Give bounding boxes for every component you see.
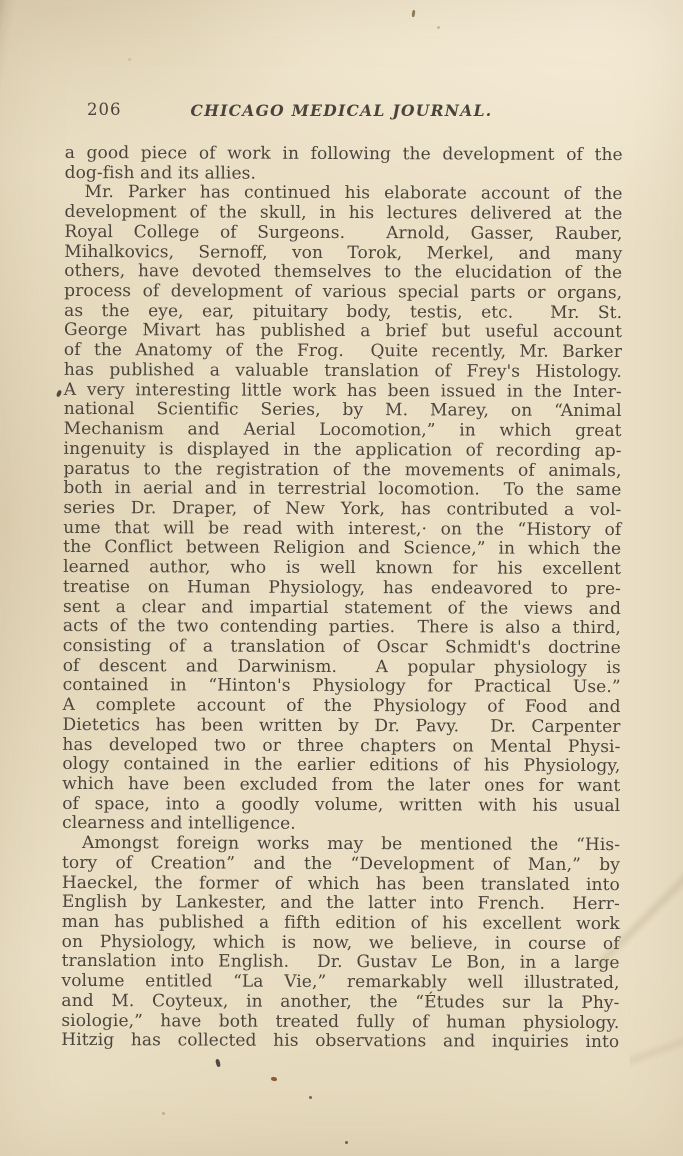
text-line: Hitzig has collected his observations an… xyxy=(61,1031,619,1053)
paper-crease xyxy=(598,858,683,983)
ink-speck xyxy=(162,1112,165,1115)
ink-speck xyxy=(271,1077,278,1082)
scanned-journal-page: 206 CHICAGO MEDICAL JOURNAL. a good piec… xyxy=(0,0,683,1156)
text-block: a good piece of work in following the de… xyxy=(61,144,622,1053)
ink-speck xyxy=(412,10,415,17)
journal-title: CHICAGO MEDICAL JOURNAL. xyxy=(62,101,621,120)
ink-speck xyxy=(128,58,131,61)
ink-speck xyxy=(309,1096,312,1099)
page-header: 206 CHICAGO MEDICAL JOURNAL. xyxy=(62,100,621,122)
ink-speck xyxy=(437,26,440,29)
ink-speck xyxy=(215,1059,221,1068)
paper-crease xyxy=(630,985,683,1115)
margin-mark xyxy=(56,389,63,397)
ink-speck xyxy=(345,1141,348,1144)
